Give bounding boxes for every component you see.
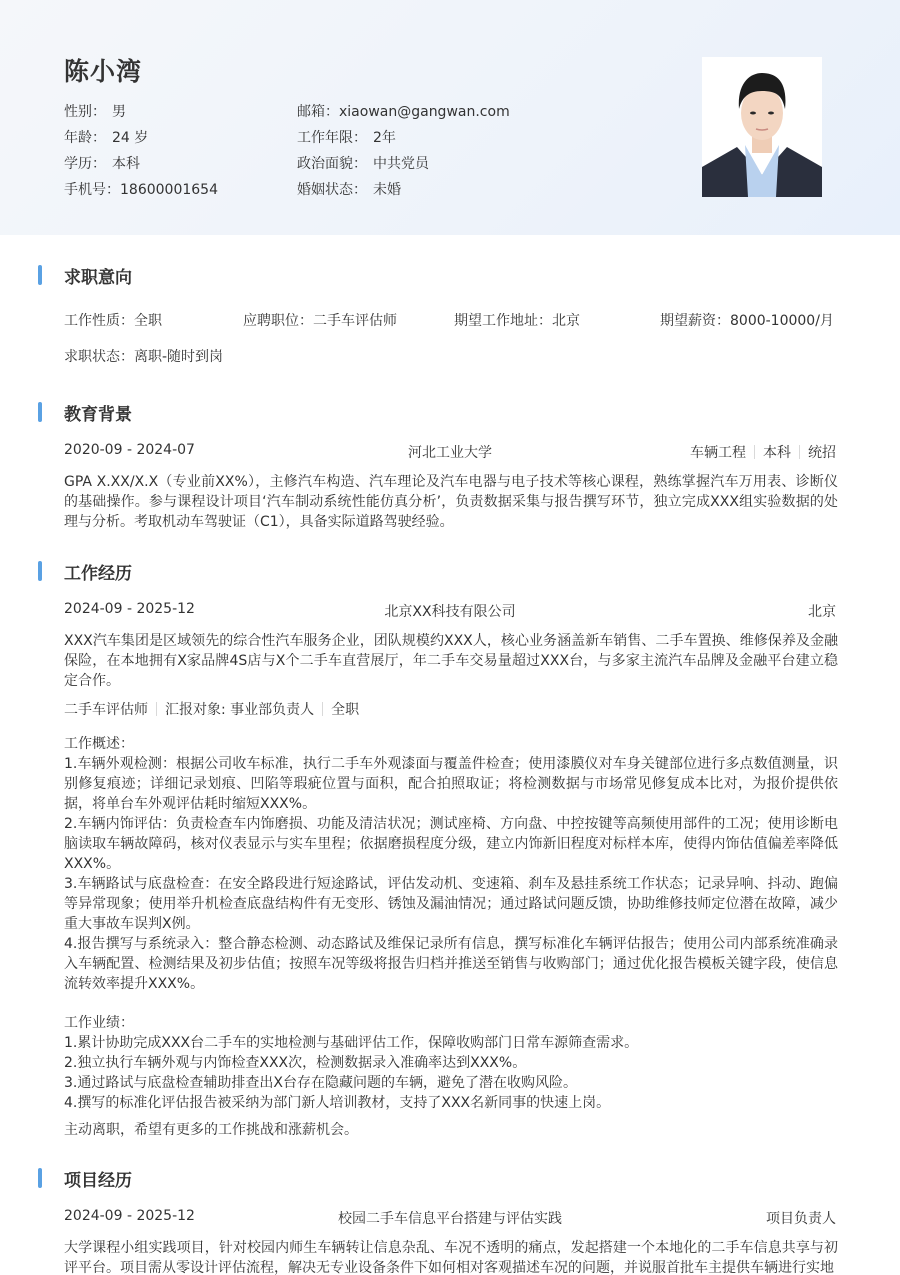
intent-value: 北京: [552, 313, 580, 329]
info-label: 婚姻状态：: [297, 182, 367, 198]
info-label: 邮箱：: [297, 104, 339, 120]
intent-location: 期望工作地址：北京: [454, 310, 580, 330]
info-value: 男: [112, 104, 126, 120]
intent-label: 工作性质：: [64, 313, 134, 329]
info-value: 2年: [373, 130, 396, 146]
info-email: 邮箱：xiaowan@gangwan.com: [297, 101, 510, 121]
education-meta: 车辆工程本科统招: [690, 442, 836, 462]
divider: [322, 702, 323, 716]
intent-work-type: 工作性质：全职: [64, 310, 162, 330]
work-achievements: 工作业绩： 1.累计协助完成XXX台二手车的实地检测与基础评估工作，保障收购部门…: [64, 1013, 838, 1113]
intent-value: 8000-10000/月: [730, 313, 834, 329]
education-description: GPA X.XX/X.X（专业前XX%），主修汽车构造、汽车理论及汽车电器与电子…: [64, 472, 838, 532]
work-leave-reason: 主动离职，希望有更多的工作挑战和涨薪机会。: [64, 1120, 838, 1140]
info-value: 未婚: [373, 182, 401, 198]
intent-value: 离职-随时到岗: [134, 349, 223, 365]
work-company-description: XXX汽车集团是区域领先的综合性汽车服务企业，团队规模约XXX人，核心业务涵盖新…: [64, 631, 838, 691]
work-achievement-item: 4.撰写的标准化评估报告被采纳为部门新人培训教材，支持了XXX名新同事的快速上岗…: [64, 1093, 838, 1113]
intent-label: 应聘职位：: [243, 313, 313, 329]
divider: [156, 702, 157, 716]
section-title-work: 工作经历: [64, 559, 132, 584]
project-role: 项目负责人: [766, 1208, 836, 1228]
work-achievement-item: 2.独立执行车辆外观与内饰检查XXX次，检测数据录入准确率达到XXX%。: [64, 1053, 838, 1073]
divider: [754, 445, 755, 459]
work-company: 北京XX科技有限公司: [64, 601, 836, 621]
info-label: 年龄：: [64, 130, 106, 146]
info-work-years: 工作年限：2年: [297, 127, 396, 147]
project-description: 大学课程小组实践项目，针对校园内师生车辆转让信息杂乱、车况不透明的痛点，发起搭建…: [64, 1238, 838, 1275]
info-political: 政治面貌：中共党员: [297, 153, 429, 173]
candidate-name: 陈小湾: [64, 52, 142, 88]
work-overview-item: 3.车辆路试与底盘检查：在安全路段进行短途路试，评估发动机、变速箱、刹车及悬挂系…: [64, 874, 838, 934]
work-job-type: 全职: [331, 702, 359, 718]
work-report-to: 汇报对象: 事业部负责人: [165, 702, 314, 718]
info-label: 学历：: [64, 156, 106, 172]
section-title-intent: 求职意向: [64, 263, 132, 288]
work-achievements-title: 工作业绩：: [64, 1013, 838, 1033]
work-overview-title: 工作概述：: [64, 734, 838, 754]
info-value: xiaowan@gangwan.com: [339, 104, 510, 120]
section-title-project: 项目经历: [64, 1166, 132, 1191]
info-label: 手机号：: [64, 182, 120, 198]
info-gender: 性别：男: [64, 101, 126, 121]
section-accent-bar: [38, 1168, 42, 1188]
work-achievement-item: 3.通过路试与底盘检查辅助排查出X台存在隐藏问题的车辆，避免了潜在收购风险。: [64, 1073, 838, 1093]
work-achievement-item: 1.累计协助完成XXX台二手车的实地检测与基础评估工作，保障收购部门日常车源筛查…: [64, 1033, 838, 1053]
info-value: 18600001654: [120, 182, 218, 198]
education-type: 统招: [808, 445, 836, 461]
section-accent-bar: [38, 402, 42, 422]
info-label: 工作年限：: [297, 130, 367, 146]
work-overview-item: 1.车辆外观检测：根据公司收车标准，执行二手车外观漆面与覆盖件检查；使用漆膜仪对…: [64, 754, 838, 814]
info-label: 性别：: [64, 104, 106, 120]
intent-position: 应聘职位：二手车评估师: [243, 310, 397, 330]
info-phone: 手机号：18600001654: [64, 179, 218, 199]
profile-header: 陈小湾 性别：男 年龄：24 岁 学历：本科 手机号：18600001654 邮…: [0, 0, 900, 235]
intent-label: 期望工作地址：: [454, 313, 552, 329]
intent-value: 全职: [134, 313, 162, 329]
divider: [799, 445, 800, 459]
intent-value: 二手车评估师: [313, 313, 397, 329]
info-marital: 婚姻状态：未婚: [297, 179, 401, 199]
info-age: 年龄：24 岁: [64, 127, 148, 147]
section-title-education: 教育背景: [64, 400, 132, 425]
education-major: 车辆工程: [690, 445, 746, 461]
work-role-meta: 二手车评估师汇报对象: 事业部负责人全职: [64, 699, 359, 719]
project-name: 校园二手车信息平台搭建与评估实践: [64, 1208, 836, 1228]
work-location: 北京: [808, 601, 836, 621]
intent-label: 求职状态：: [64, 349, 134, 365]
work-overview-item: 4.报告撰写与系统录入：整合静态检测、动态路试及维保记录所有信息，撰写标准化车辆…: [64, 934, 838, 994]
work-role: 二手车评估师: [64, 702, 148, 718]
work-overview-item: 2.车辆内饰评估：负责检查车内饰磨损、功能及清洁状况；测试座椅、方向盘、中控按键…: [64, 814, 838, 874]
portrait-icon: [702, 57, 822, 197]
section-accent-bar: [38, 561, 42, 581]
education-degree: 本科: [763, 445, 791, 461]
info-education: 学历：本科: [64, 153, 140, 173]
profile-photo: [702, 57, 822, 197]
intent-label: 期望薪资：: [660, 313, 730, 329]
section-accent-bar: [38, 265, 42, 285]
info-value: 24 岁: [112, 130, 148, 146]
intent-salary: 期望薪资：8000-10000/月: [660, 310, 834, 330]
info-value: 中共党员: [373, 156, 429, 172]
info-label: 政治面貌：: [297, 156, 367, 172]
info-value: 本科: [112, 156, 140, 172]
work-overview: 工作概述： 1.车辆外观检测：根据公司收车标准，执行二手车外观漆面与覆盖件检查；…: [64, 734, 838, 994]
intent-status: 求职状态：离职-随时到岗: [64, 346, 223, 366]
